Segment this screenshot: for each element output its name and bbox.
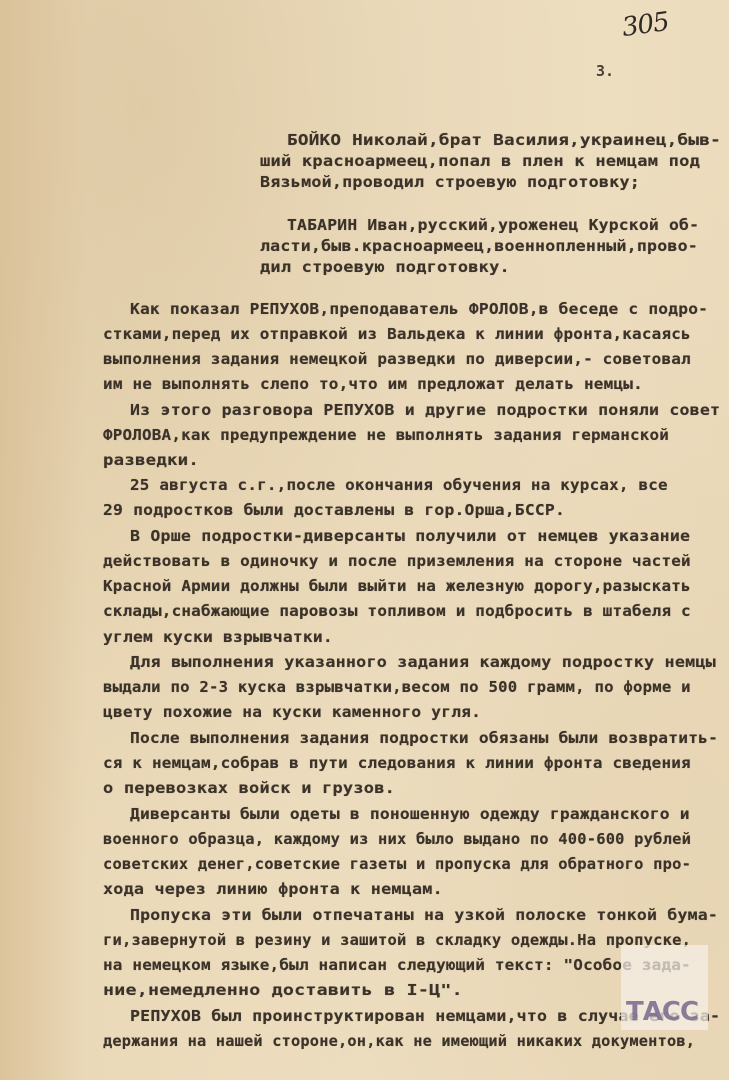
text-line: Вязьмой,проводил строевую подготовку;: [260, 173, 640, 191]
text-line: 29 подростков были доставлены в гор.Орша…: [103, 501, 565, 519]
text-line: 25 августа с.г.,после окончания обучения…: [130, 476, 668, 494]
tass-watermark-logo: ТАСС: [626, 997, 698, 1027]
text-line: ласти,быв.красноармеец,военнопленный,про…: [260, 237, 698, 255]
text-line: Из этого разговора РЕПУХОВ и другие подр…: [130, 401, 720, 419]
text-line: углем куски взрывчатки.: [103, 628, 333, 646]
text-line: им не выполнять слепо то,что им предложа…: [103, 375, 643, 393]
text-line: После выполнения задания подростки обяза…: [130, 729, 718, 747]
text-line: выдали по 2-3 куска взрывчатки,весом по …: [103, 678, 691, 696]
text-line: действовать в одиночку и после приземлен…: [103, 552, 691, 570]
text-line: ФРОЛОВА,как предупреждение не выполнять …: [103, 426, 669, 444]
text-line: Для выполнения указанного задания каждом…: [130, 653, 716, 671]
text-line: держания на нашей стороне,он,как не имею…: [103, 1032, 695, 1050]
text-line: на немецком языке,был написан следующий …: [103, 956, 691, 974]
text-line: ся к немцам,собрав в пути следования к л…: [103, 754, 691, 772]
text-line: разведки.: [103, 451, 199, 469]
text-line: цвету похожие на куски каменного угля.: [103, 703, 481, 721]
text-line: Красной Армии должны были выйти на желез…: [103, 577, 691, 595]
text-line: ние,немедленно доставить в I-Ц".: [103, 981, 463, 999]
text-line: ший красноармеец,попал в плен к немцам п…: [260, 152, 700, 170]
archive-folio-number: 305: [620, 7, 670, 43]
text-line: ТАБАРИН Иван,русский,уроженец Курской об…: [287, 216, 699, 234]
text-line: дил строевую подготовку.: [260, 258, 510, 276]
text-line: склады,снабжающие паровозы топливом и по…: [103, 602, 691, 620]
text-line: Диверсанты были одеты в поношенную одежд…: [130, 805, 690, 823]
text-line: о перевозках войск и грузов.: [103, 779, 395, 797]
text-line: хода через линию фронта к немцам.: [103, 880, 443, 898]
text-line: БОЙКО Николай,брат Василия,украинец,быв-: [287, 131, 721, 149]
text-line: стками,перед их отправкой из Вальдека к …: [103, 325, 691, 343]
text-line: выполнения задания немецкой разведки по …: [103, 350, 691, 368]
text-line: Как показал РЕПУХОВ,преподаватель ФРОЛОВ…: [130, 300, 708, 318]
text-line: ги,завернутой в резину и зашитой в склад…: [103, 931, 691, 949]
text-line: военного образца, каждому из них было вы…: [103, 830, 691, 848]
text-line: советских денег,советские газеты и пропу…: [103, 855, 691, 873]
text-line: В Орше подростки-диверсанты получили от …: [130, 527, 690, 545]
page-number: 3.: [596, 62, 614, 80]
text-line: Пропуска эти были отпечатаны на узкой по…: [130, 906, 718, 924]
